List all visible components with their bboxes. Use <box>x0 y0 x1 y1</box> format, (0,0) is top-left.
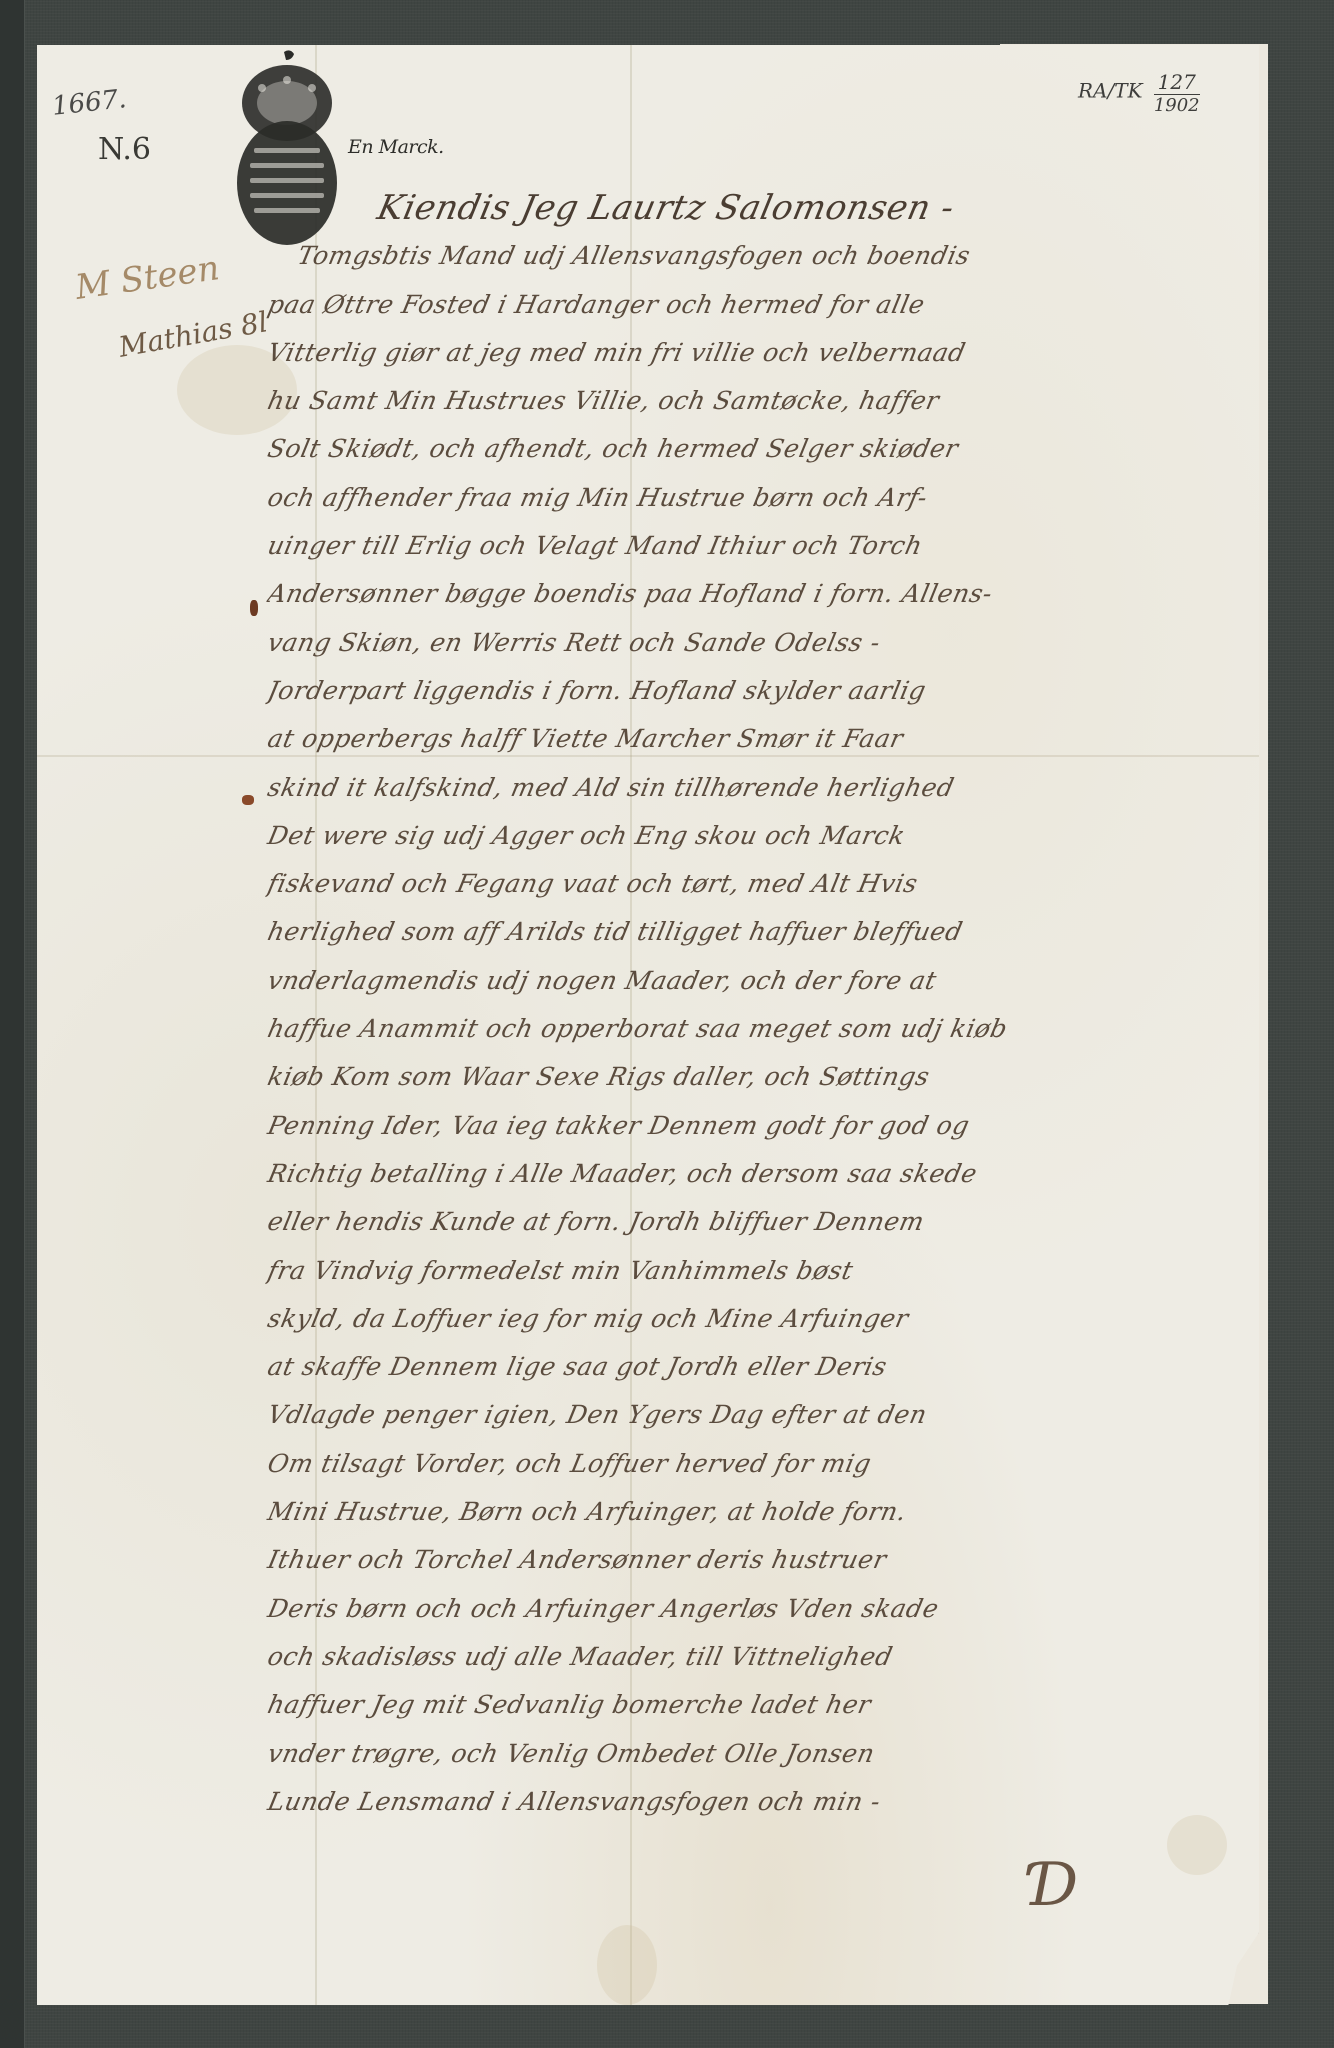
text-line: eller hendis Kunde at forn. Jordh bliffu… <box>263 1198 1233 1246</box>
text-line: fra Vindvig formedelst min Vanhimmels bø… <box>263 1247 1233 1295</box>
ink-blot <box>250 600 258 616</box>
text-line: fiskevand och Fegang vaat och tørt, med … <box>263 860 1233 908</box>
manuscript-text: Kiendis Jeg Laurtz Salomonsen - Tomgsbti… <box>268 184 1228 1826</box>
text-line: Ithuer och Torchel Andersønner deris hus… <box>263 1536 1233 1584</box>
text-line: hu Samt Min Hustrues Villie, och Samtøck… <box>263 377 1233 425</box>
text-line: Solt Skiødt, och afhendt, och hermed Sel… <box>263 425 1233 473</box>
text-line: vnder trøgre, och Venlig Ombedet Olle Jo… <box>263 1730 1233 1778</box>
text-line: Penning Ider, Vaa ieg takker Dennem godt… <box>263 1102 1233 1150</box>
text-line: Lunde Lensmand i Allensvangsfogen och mi… <box>263 1778 1233 1826</box>
text-line: skyld, da Loffuer ieg for mig och Mine A… <box>263 1295 1233 1343</box>
text-line: Kiendis Jeg Laurtz Salomonsen - <box>263 184 1233 232</box>
text-line: uinger till Erlig och Velagt Mand Ithiur… <box>263 522 1233 570</box>
text-line: at skaffe Dennem lige saa got Jordh elle… <box>263 1343 1233 1391</box>
text-line: vnderlagmendis udj nogen Maader, och der… <box>263 957 1233 1005</box>
text-line: Vdlagde penger igien, Den Ygers Dag efte… <box>263 1391 1233 1439</box>
archive-ref-number: 127 <box>1154 70 1200 95</box>
text-line: kiøb Kom som Waar Sexe Rigs daller, och … <box>263 1053 1233 1101</box>
text-line: och affhender fraa mig Min Hustrue børn … <box>263 474 1233 522</box>
text-line: och skadisløss udj alle Maader, till Vit… <box>263 1633 1233 1681</box>
text-line: haffuer Jeg mit Sedvanlig bomerche ladet… <box>263 1681 1233 1729</box>
text-line: at opperbergs halff Viette Marcher Smør … <box>263 715 1233 763</box>
text-line: Om tilsagt Vorder, och Loffuer herved fo… <box>263 1440 1233 1488</box>
ink-blot <box>242 795 254 805</box>
text-line: Andersønner bøgge boendis paa Hofland i … <box>263 570 1233 618</box>
archive-ref-prefix: RA/TK <box>1078 79 1143 103</box>
text-line: Det were sig udj Agger och Eng skou och … <box>263 812 1233 860</box>
text-line: Mini Hustrue, Børn och Arfuinger, at hol… <box>263 1488 1233 1536</box>
text-line: vang Skiøn, en Werris Rett och Sande Ode… <box>263 619 1233 667</box>
closing-flourish-mark: Ɗ <box>1030 1850 1078 1920</box>
text-line: herlighed som aff Arilds tid tilligget h… <box>263 908 1233 956</box>
text-line: Deris børn och och Arfuinger Angerløs Vd… <box>263 1585 1233 1633</box>
text-line: paa Øttre Fosted i Hardanger och hermed … <box>263 281 1233 329</box>
archive-ref-year: 1902 <box>1154 95 1200 116</box>
archive-ref-fraction: 127 1902 <box>1154 70 1200 116</box>
binding-spine <box>0 0 25 2048</box>
stamp-value-label: En Marck. <box>348 136 444 158</box>
archive-reference: RA/TK 127 1902 <box>1078 70 1200 116</box>
text-line: Tomgsbtis Mand udj Allensvangsfogen och … <box>263 232 1233 280</box>
text-line: skind it kalfskind, med Ald sin tillhøre… <box>263 764 1233 812</box>
text-line: Jorderpart liggendis i forn. Hofland sky… <box>263 667 1233 715</box>
age-stain <box>597 1925 657 2005</box>
text-line: Richtig betalling i Alle Maader, och der… <box>263 1150 1233 1198</box>
text-line: Vitterlig giør at jeg med min fri villie… <box>263 329 1233 377</box>
document-number: N.6 <box>98 132 151 167</box>
text-line: haffue Anammit och opperborat saa meget … <box>263 1005 1233 1053</box>
